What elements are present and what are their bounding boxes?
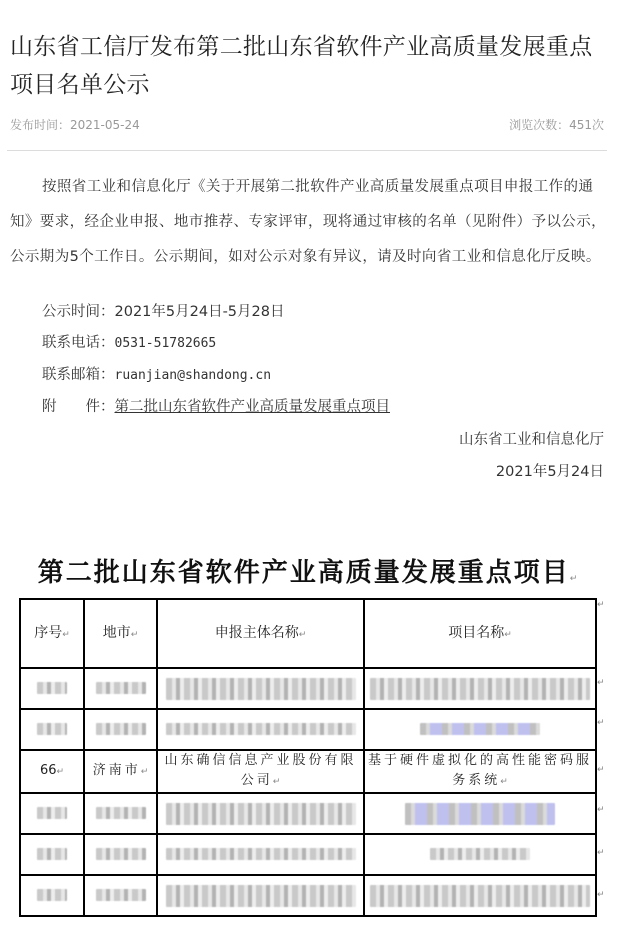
attachment-link[interactable]: 第二批山东省软件产业高质量发展重点项目 bbox=[115, 399, 391, 415]
table-row-blurred bbox=[20, 793, 596, 834]
paragraph-mark-icon: ↵ bbox=[597, 765, 605, 775]
paragraph-mark-icon: ↵ bbox=[597, 678, 605, 688]
redacted-text bbox=[370, 885, 590, 907]
paragraph-mark-icon: ↵ bbox=[597, 600, 605, 610]
redacted-text bbox=[96, 723, 146, 735]
attachment-title-text: 第二批山东省软件产业高质量发展重点项目 bbox=[38, 558, 570, 588]
signature-date: 2021年5月24日 bbox=[496, 460, 604, 481]
redacted-text bbox=[96, 807, 146, 819]
redacted-text bbox=[37, 848, 67, 860]
contact-phone: 联系电话：0531-51782665 bbox=[42, 328, 216, 358]
redacted-text bbox=[166, 848, 356, 860]
paragraph-mark-icon: ↵ bbox=[597, 890, 605, 900]
article-title: 山东省工信厅发布第二批山东省软件产业高质量发展重点项目名单公示 bbox=[10, 28, 610, 104]
field-label: 联系电话： bbox=[42, 335, 115, 351]
redacted-text bbox=[96, 682, 146, 694]
project-table: 序号↵ 地市↵ 申报主体名称↵ 项目名称↵ 66↵ 济南市↵ 山东确信信息产业股… bbox=[19, 598, 597, 917]
header-divider bbox=[7, 150, 607, 151]
table-row-blurred bbox=[20, 668, 596, 709]
publish-date: 发布时间：2021-05-24 bbox=[10, 116, 140, 133]
redacted-text bbox=[420, 723, 540, 735]
field-value: ruanjian@shandong.cn bbox=[115, 368, 272, 383]
field-label: 联系邮箱： bbox=[42, 367, 115, 383]
col-header-no: 序号↵ bbox=[20, 599, 84, 668]
redacted-text bbox=[96, 848, 146, 860]
cell-city: 济南市↵ bbox=[84, 750, 157, 793]
cell-company: 山东确信信息产业股份有限公司↵ bbox=[157, 750, 364, 793]
col-header-project: 项目名称↵ bbox=[364, 599, 596, 668]
redacted-text bbox=[37, 807, 67, 819]
table-row-blurred bbox=[20, 834, 596, 875]
cell-project: 基于硬件虚拟化的高性能密码服务系统↵ bbox=[364, 750, 596, 793]
table-row: 66↵ 济南市↵ 山东确信信息产业股份有限公司↵ 基于硬件虚拟化的高性能密码服务… bbox=[20, 750, 596, 793]
redacted-text bbox=[370, 678, 590, 700]
table-header-row: 序号↵ 地市↵ 申报主体名称↵ 项目名称↵ bbox=[20, 599, 596, 668]
col-header-city: 地市↵ bbox=[84, 599, 157, 668]
paragraph-mark-icon: ↵ bbox=[597, 718, 605, 728]
paragraph-mark-icon: ↵ bbox=[597, 805, 605, 815]
redacted-text bbox=[166, 885, 356, 907]
attachment-line: 附 件：第二批山东省软件产业高质量发展重点项目 bbox=[42, 392, 390, 422]
table-row-blurred bbox=[20, 875, 596, 916]
paragraph-mark-icon: ↵ bbox=[570, 574, 580, 584]
redacted-text bbox=[166, 723, 356, 735]
redacted-text bbox=[166, 803, 356, 825]
redacted-text bbox=[430, 848, 530, 860]
field-label: 公示时间： bbox=[42, 304, 115, 320]
signature-org: 山东省工业和信息化厅 bbox=[459, 428, 604, 449]
redacted-text bbox=[96, 889, 146, 901]
redacted-text bbox=[37, 723, 67, 735]
paragraph-mark-icon: ↵ bbox=[597, 848, 605, 858]
table-row-blurred bbox=[20, 709, 596, 750]
redacted-text bbox=[37, 889, 67, 901]
contact-email: 联系邮箱：ruanjian@shandong.cn bbox=[42, 360, 271, 390]
col-header-company: 申报主体名称↵ bbox=[157, 599, 364, 668]
redacted-text bbox=[166, 678, 356, 700]
cell-no: 66↵ bbox=[20, 750, 84, 793]
attachment-title: 第二批山东省软件产业高质量发展重点项目↵ bbox=[0, 552, 617, 589]
field-value: 2021年5月24日-5月28日 bbox=[115, 304, 285, 320]
notice-paragraph: 按照省工业和信息化厅《关于开展第二批软件产业高质量发展重点项目申报工作的通知》要… bbox=[10, 170, 606, 275]
notice-period: 公示时间：2021年5月24日-5月28日 bbox=[42, 297, 285, 327]
field-label: 附 件： bbox=[42, 399, 115, 415]
redacted-text bbox=[405, 803, 555, 825]
view-count: 浏览次数：451次 bbox=[509, 116, 604, 133]
field-value: 0531-51782665 bbox=[115, 336, 217, 351]
redacted-text bbox=[37, 682, 67, 694]
